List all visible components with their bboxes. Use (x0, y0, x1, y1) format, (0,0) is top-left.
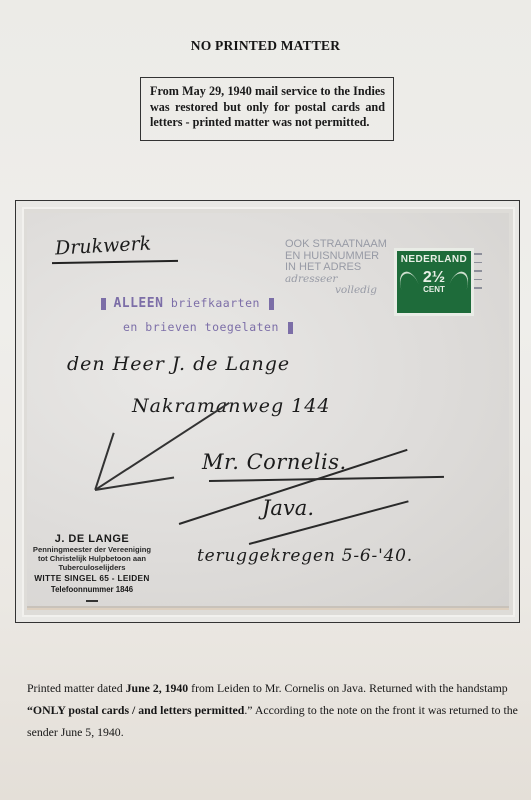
cancel-line: IN HET ADRES (285, 262, 387, 274)
address-line-2: Nakramanweg 144 (132, 395, 330, 417)
handstamp-line-1: ALLEEN briefkaarten (99, 296, 274, 311)
handstamp-line-2: en brieven toegelaten (123, 320, 293, 334)
intro-text-box: From May 29, 1940 mail service to the In… (140, 77, 394, 141)
cancel-line: OOK STRAATNAAM (285, 239, 387, 251)
slogan-cancel: OOK STRAATNAAM EN HUISNUMMER IN HET ADRE… (285, 239, 387, 297)
sender-phone: Telefoonnummer 1846 (32, 585, 152, 594)
caption-text: from Leiden to Mr. Cornelis on Java. Ret… (188, 681, 507, 695)
return-note: teruggekregen 5-6-'40. (197, 546, 413, 566)
sender-name: J. DE LANGE (32, 533, 152, 545)
sender-address: WITTE SINGEL 65 - LEIDEN (32, 573, 152, 583)
envelope-cover: Drukwerk ALLEEN briefkaarten en brieven … (27, 213, 509, 606)
caption-date: June 2, 1940 (126, 681, 189, 695)
sender-imprint: J. DE LANGE Penningmeester der Vereenigi… (32, 533, 152, 602)
address-line-4: Java. (262, 496, 314, 520)
sender-role-line: tot Christelijk Hulpbetoon aan (32, 554, 152, 563)
cover-description: Printed matter dated June 2, 1940 from L… (27, 677, 525, 743)
postage-stamp: NEDERLAND 2½ CENT (394, 248, 474, 316)
return-arrow-head (95, 476, 174, 490)
address-line-3: Mr. Cornelis. (202, 450, 347, 474)
address-line-1: den Heer J. de Lange (67, 353, 290, 375)
handstamp-mark (101, 298, 106, 310)
handstamp-text: briefkaarten (171, 296, 260, 310)
handstamp-text: en brieven toegelaten (123, 320, 279, 334)
sender-role-line: Tuberculoselijders (32, 563, 152, 572)
handstamp-bold-word: ALLEEN (113, 296, 163, 311)
sender-role-line: Penningmeester der Vereeniging (32, 545, 152, 554)
caption-quote: “ONLY postal cards / and letters permitt… (27, 703, 244, 717)
stamp-country: NEDERLAND (397, 254, 471, 265)
page-title: NO PRINTED MATTER (0, 38, 531, 54)
divider (86, 600, 98, 602)
drukwerk-handwritten-label: Drukwerk (54, 232, 151, 259)
handstamp-mark (269, 298, 274, 310)
handstamp-mark (288, 322, 293, 334)
caption-text: Printed matter dated (27, 681, 126, 695)
underline (52, 260, 178, 264)
cancel-script-line: volledig (335, 285, 387, 297)
